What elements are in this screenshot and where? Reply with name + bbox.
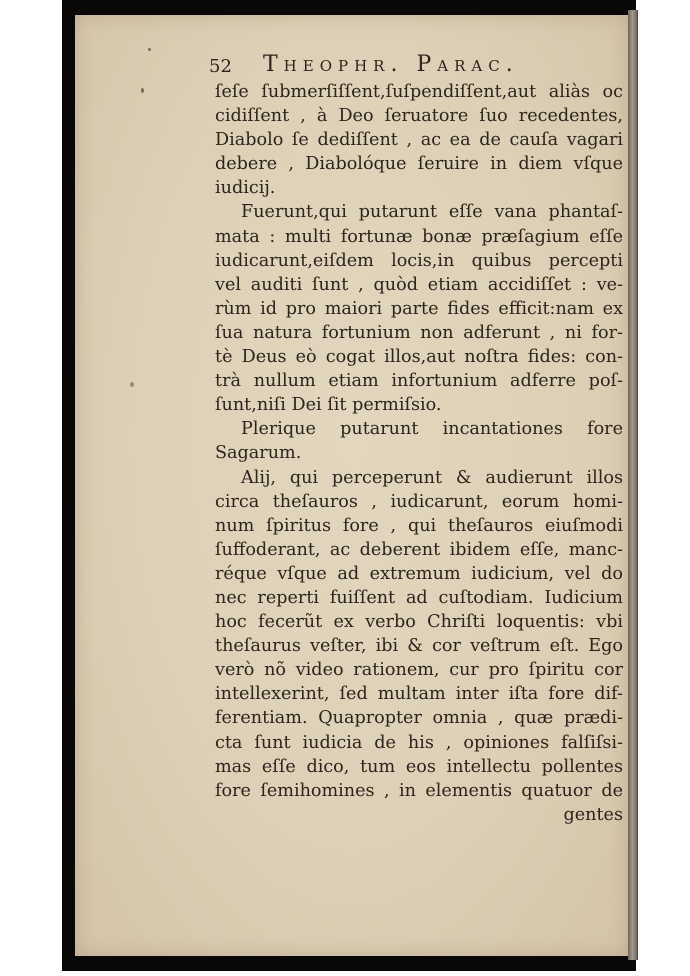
text-line: nec reperti fuiſſent ad cuſtodiam. Iudic…: [215, 586, 623, 610]
text-line: Diabolo ſe dediſſent , ac ea de cauſa va…: [215, 128, 623, 152]
text-line: Fuerunt,qui putarunt eſſe vana phantaſ-: [215, 200, 623, 224]
text-line: hoc fecerũt ex verbo Chriſti loquentis: …: [215, 610, 623, 634]
paper-blemish: [148, 48, 151, 51]
text-line: intellexerint, ſed multam inter iſta for…: [215, 682, 623, 706]
paper-blemish: [141, 88, 144, 93]
text-line: rùm id pro maiori parte fides efficit:na…: [215, 297, 623, 321]
body-text: ſeſe ſubmerſiſſent,ſuſpendiſſent,aut ali…: [215, 80, 623, 827]
text-line: ſunt,niſi Dei ſit permiſsio.: [215, 393, 623, 417]
text-line: cta ſunt iudicia de his , opiniones falſ…: [215, 731, 623, 755]
text-line: ſuffoderant, ac deberent ibidem eſſe, ma…: [215, 538, 623, 562]
text-line: réque vſque ad extremum iudicium, vel do: [215, 562, 623, 586]
page-header: 52 Theophr. Parac.: [215, 50, 623, 80]
text-line: mata : multi fortunæ bonæ præſagium eſſe: [215, 225, 623, 249]
catchword: gentes: [215, 803, 623, 827]
running-head: Theophr. Parac.: [263, 50, 519, 80]
text-line: ſua natura fortunium non adferunt , ni f…: [215, 321, 623, 345]
text-line: ſeſe ſubmerſiſſent,ſuſpendiſſent,aut ali…: [215, 80, 623, 104]
page-edge-shadow: [628, 10, 638, 960]
page-text: 52 Theophr. Parac. ſeſe ſubmerſiſſent,ſu…: [215, 50, 623, 827]
text-line: circa theſauros , iudicarunt, eorum homi…: [215, 490, 623, 514]
text-line: vel auditi ſunt , quòd etiam accidiſſet …: [215, 273, 623, 297]
text-line: Sagarum.: [215, 441, 623, 465]
text-line: theſaurus veſter, ibi & cor veſtrum eſt.…: [215, 634, 623, 658]
text-line: num ſpiritus fore , qui theſauros eiuſmo…: [215, 514, 623, 538]
text-line: cidiſſent , à Deo ſeruatore ſuo recedent…: [215, 104, 623, 128]
text-line: verò nõ video rationem, cur pro ſpiritu …: [215, 658, 623, 682]
paper-blemish: [130, 382, 134, 387]
text-line: debere , Diabolóque ſeruire in diem vſqu…: [215, 152, 623, 176]
text-line: ferentiam. Quapropter omnia , quæ prædi-: [215, 706, 623, 730]
text-line: mas eſſe dico, tum eos intellectu pollen…: [215, 755, 623, 779]
text-line: iudicarunt,eiſdem locis,in quibus percep…: [215, 249, 623, 273]
text-line: fore ſemihomines , in elementis quatuor …: [215, 779, 623, 803]
page-number: 52: [209, 52, 232, 82]
text-line: Plerique putarunt incantationes fore: [215, 417, 623, 441]
text-line: tè Deus eò cogat illos,aut noſtra fides:…: [215, 345, 623, 369]
text-line: trà nullum etiam infortunium adferre poſ…: [215, 369, 623, 393]
text-line: Alij, qui perceperunt & audierunt illos: [215, 466, 623, 490]
text-line: iudicij.: [215, 176, 623, 200]
